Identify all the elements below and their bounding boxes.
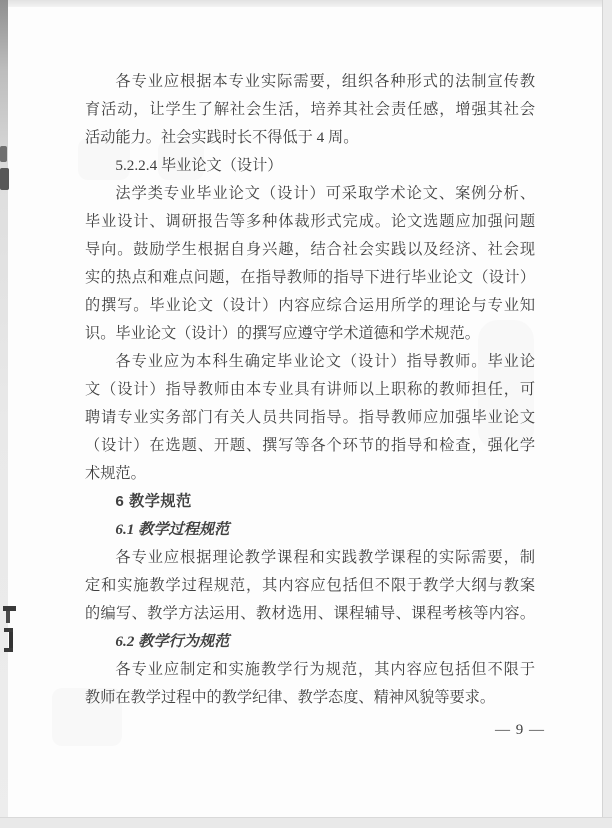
scan-edge-left [0,0,8,828]
subsection-heading-6-1: 6.1 教学过程规范 [85,516,535,544]
body-line: 实的热点和难点问题，在指导教师的指导下进行毕业论文（设计） [85,264,535,292]
body-line: 活动能力。社会实践时长不得低于 4 周。 [85,124,535,152]
scan-mark-bracket-1 [6,611,10,623]
body-line: （设计）在选题、开题、撰写等各个环节的指导和检查，强化学 [85,432,535,460]
body-line: 各专业应根据本专业实际需要，组织各种形式的法制宣传教 [85,68,535,96]
body-line: 的撰写。毕业论文（设计）内容应综合运用所学的理论与专业知 [85,292,535,320]
subsection-heading-6-2: 6.2 教学行为规范 [85,628,535,656]
body-line: 聘请专业实务部门有关人员共同指导。指导教师应加强毕业论文 [85,404,535,432]
body-line: 识。毕业论文（设计）的撰写应遵守学术道德和学术规范。 [85,320,535,348]
body-line: 术规范。 [85,460,535,488]
body-line: 各专业应制定和实施教学行为规范，其内容应包括但不限于 [85,656,535,684]
chapter-heading-6: 6 教学规范 [85,488,535,516]
section-label: 5.2.2.4 毕业论文（设计） [85,152,535,180]
body-line: 定和实施教学过程规范，其内容应包括但不限于教学大纲与教案 [85,572,535,600]
page-number: — 9 — [495,716,545,744]
scan-edge-top [0,0,612,7]
scanned-page: 各专业应根据本专业实际需要，组织各种形式的法制宣传教 育活动，让学生了解社会生活… [0,0,612,828]
page-content: 各专业应根据本专业实际需要，组织各种形式的法制宣传教 育活动，让学生了解社会生活… [85,68,535,712]
scan-mark-smudge-1 [0,146,7,162]
body-line: 的编写、教学方法运用、教材选用、课程辅导、课程考核等内容。 [85,600,535,628]
body-line: 各专业应根据理论教学课程和实践教学课程的实际需要，制 [85,544,535,572]
scan-mark-bracket-2 [4,648,13,652]
body-line: 毕业设计、调研报告等多种体裁形式完成。论文选题应加强问题 [85,208,535,236]
body-line: 各专业应为本科生确定毕业论文（设计）指导教师。毕业论 [85,348,535,376]
scan-edge-bottom [0,817,612,828]
body-line: 教师在教学过程中的教学纪律、教学态度、精神风貌等要求。 [85,684,535,712]
body-line: 导向。鼓励学生根据自身兴趣，结合社会实践以及经济、社会现 [85,236,535,264]
scan-edge-right [602,0,612,828]
scan-mark-smudge-2 [0,168,9,190]
scan-mark-bracket-2 [4,628,13,632]
body-line: 文（设计）指导教师由本专业具有讲师以上职称的教师担任，可 [85,376,535,404]
body-line: 法学类专业毕业论文（设计）可采取学术论文、案例分析、 [85,180,535,208]
body-line: 育活动，让学生了解社会生活，培养其社会责任感，增强其社会 [85,96,535,124]
